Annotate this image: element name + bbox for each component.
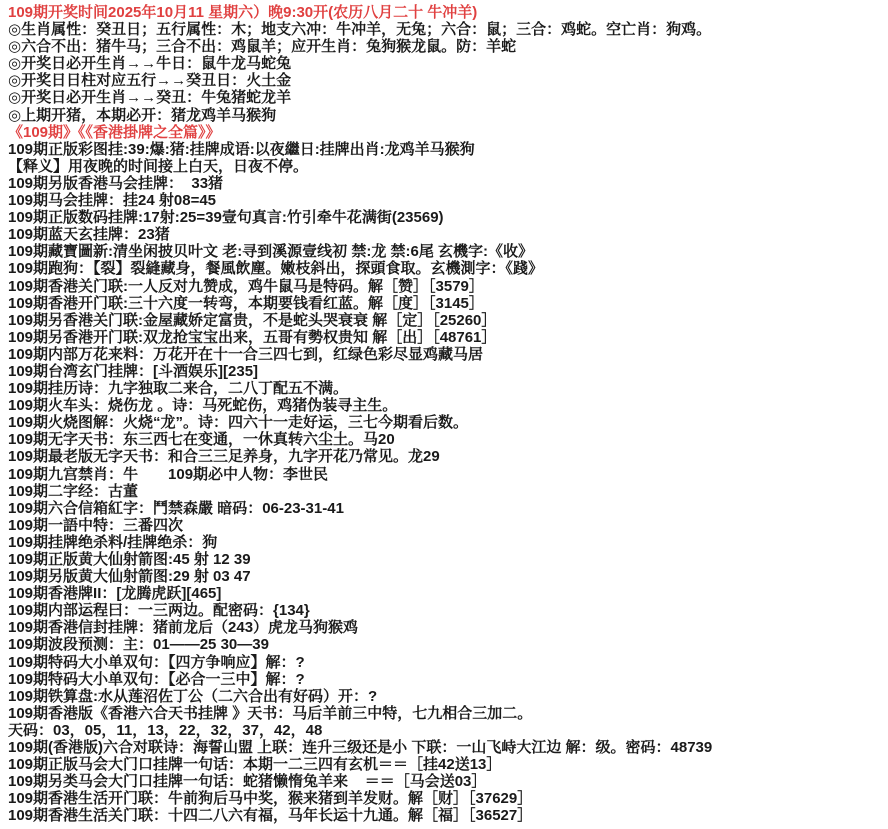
text-line: 109期挂牌绝杀料/挂牌绝杀：狗 — [8, 534, 882, 551]
text-line: 109期无字天书：东三西七在变通，一休真转六尘土。马20 — [8, 431, 882, 448]
text-lines-container: 109期开奖时间2025年10月11 星期六）晚9:30开(农历八月二十 牛冲羊… — [8, 4, 882, 825]
text-line: 109期特码大小单双句：【四方争响应】解：? — [8, 654, 882, 671]
text-line: 109期火车头：烧伤龙 。诗：马死蛇伤，鸡猪伪装寻主生。 — [8, 397, 882, 414]
text-line: 109期挂历诗：九字独取二来合，二八丁配五不满。 — [8, 380, 882, 397]
text-line: 109期火烧图解：火烧“龙”。诗：四六十一走好运，三七今期看后数。 — [8, 414, 882, 431]
text-line: 109期蓝天玄挂牌：23猪 — [8, 226, 882, 243]
text-line: 109期六合信箱紅字：鬥禁森嚴 暗码：06-23-31-41 — [8, 500, 882, 517]
text-line: ◎上期开猪，本期必开：猪龙鸡羊马猴狗 — [8, 107, 882, 124]
text-line: 109期香港生活关门联：十四二八六有福，马年长运十九通。解［福］［36527］ — [8, 807, 882, 824]
lottery-tips-page: 109期开奖时间2025年10月11 星期六）晚9:30开(农历八月二十 牛冲羊… — [0, 0, 888, 829]
text-line: 天码：03，05，11，13，22，32，37，42，48 — [8, 722, 882, 739]
text-line: 109期铁算盘:水从莲沼佐丁公（二六合出有好码）开：? — [8, 688, 882, 705]
text-line: 109期香港开门联:三十六度一转弯，本期要钱看红蓝。解［度］［3145］ — [8, 295, 882, 312]
text-line: 【释义】用夜晚的时间接上白天，日夜不停。 — [8, 158, 882, 175]
text-line: 109期跑狗：【裂】裂縫藏身，餐風飲塵。嫩枝斜出，探頭食取。玄機測字：《踐》 — [8, 260, 882, 277]
text-line: 109期另香港关门联:金屋藏娇定富贵，不是蛇头哭衰衰 解［定］［25260］ — [8, 312, 882, 329]
text-line: 109期另类马会大门口挂牌一句话：蛇猪懒惰兔羊来 ＝＝［马会送03］ — [8, 773, 882, 790]
text-line: 109期另版香港马会挂牌： 33猪 — [8, 175, 882, 192]
text-line: 109期另香港开门联:双龙抢宝宝出来，五哥有勢权贵知 解［出］［48761］ — [8, 329, 882, 346]
text-line: ◎六合不出：猪牛马；三合不出：鸡鼠羊；应开生肖：兔狗猴龙鼠。防：羊蛇 — [8, 38, 882, 55]
text-line: 109期香港版《香港六合天书挂牌 》天书：马后羊前三中特，七九相合三加二。 — [8, 705, 882, 722]
section-title-line: 《109期》《《香港掛牌之全篇》》 — [8, 124, 882, 141]
text-line: 109期最老版无字天书：和合三三足养身，九字开花乃常见。龙29 — [8, 448, 882, 465]
text-line: 109期香港关门联:一人反对九赞成，鸡牛鼠马是特码。解［赞］［3579］ — [8, 278, 882, 295]
text-line: 109期(香港版)六合对联诗：海誓山盟 上联：连升三级还是小 下联：一山飞峙大江… — [8, 739, 882, 756]
text-line: 109期正版黄大仙射箭图:45 射 12 39 — [8, 551, 882, 568]
text-line: 109期二字经：古董 — [8, 483, 882, 500]
text-line: 109期正版彩图挂:39:爆:猪:挂牌成语:以夜繼日:挂牌出肖:龙鸡羊马猴狗 — [8, 141, 882, 158]
text-line: ◎开奖日必开生肖→→牛日：鼠牛龙马蛇兔 — [8, 55, 882, 72]
text-line: 109期马会挂牌：挂24 射08=45 — [8, 192, 882, 209]
text-line: ◎开奖日必开生肖→→癸丑：牛兔猪蛇龙羊 — [8, 89, 882, 106]
text-line: 109期波段预测：主：01——25 30—39 — [8, 636, 882, 653]
section-title-line: 109期开奖时间2025年10月11 星期六）晚9:30开(农历八月二十 牛冲羊… — [8, 4, 882, 21]
text-line: 109期九宫禁肖：牛 109期必中人物：李世民 — [8, 466, 882, 483]
text-line: 109期内部万花来料：万花开在十一合三四七到，红绿色彩尽显鸡藏马居 — [8, 346, 882, 363]
text-line: 109期藏寶圖新:清坐闲披贝叶文 老:寻到溪源壹线初 禁:龙 禁:6尾 玄機字:… — [8, 243, 882, 260]
text-line: 109期正版数码挂牌:17射:25=39壹句真言:竹引牵牛花满街(23569) — [8, 209, 882, 226]
text-line: 109期台湾玄门挂牌：[斗酒娱乐][235] — [8, 363, 882, 380]
text-line: 109期内部运程曰：一三两边。配密码：{134} — [8, 602, 882, 619]
text-line: ◎开奖日日柱对应五行→→癸丑日：火土金 — [8, 72, 882, 89]
text-line: 109期另版黄大仙射箭图:29 射 03 47 — [8, 568, 882, 585]
text-line: 109期一語中特：三番四次 — [8, 517, 882, 534]
text-line: 109期香港牌II：[龙腾虎跃][465] — [8, 585, 882, 602]
text-line: 109期香港信封挂牌：猪前龙后（243）虎龙马狗猴鸡 — [8, 619, 882, 636]
text-line: ◎生肖属性：癸丑日；五行属性：木；地支六冲：牛冲羊，无兔；六合：鼠；三合：鸡蛇。… — [8, 21, 882, 38]
text-line: 109期正版马会大门口挂牌一句话：本期一二三四有玄机＝＝［挂42送13］ — [8, 756, 882, 773]
text-line: 109期香港生活开门联：牛前狗后马中奖，猴来猪到羊发财。解［财］［37629］ — [8, 790, 882, 807]
text-line: 109期特码大小单双句：【必合一三中】解：? — [8, 671, 882, 688]
